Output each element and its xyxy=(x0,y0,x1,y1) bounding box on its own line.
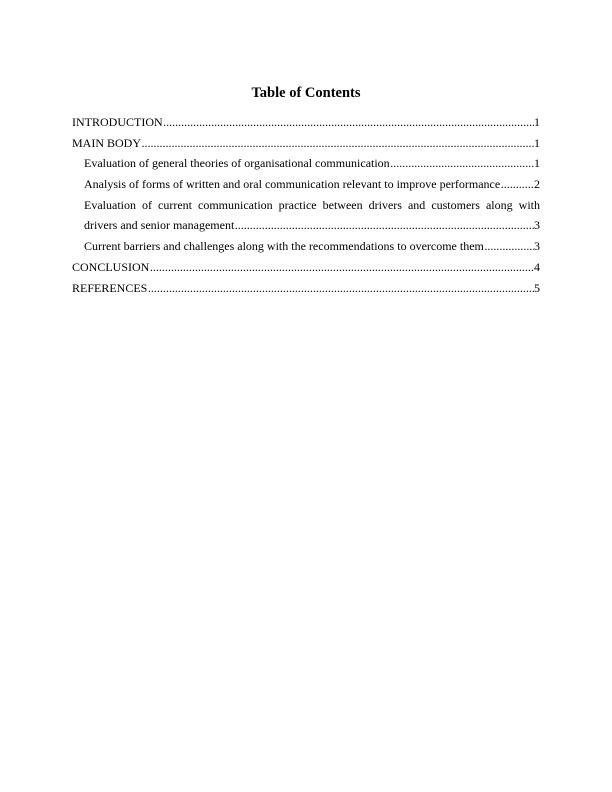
toc-entry-main-body[interactable]: MAIN BODY 1 xyxy=(72,133,540,154)
toc-entry-barriers-challenges[interactable]: Current barriers and challenges along wi… xyxy=(72,236,540,257)
toc-page-number: 4 xyxy=(534,257,540,278)
toc-entry-text: Evaluation of general theories of organi… xyxy=(84,153,390,174)
toc-entry-text: Analysis of forms of written and oral co… xyxy=(84,174,500,195)
toc-leader-dots xyxy=(148,278,534,299)
toc-entry-text: Current barriers and challenges along wi… xyxy=(84,236,484,257)
toc-leader-dots xyxy=(501,174,534,195)
document-page: Table of Contents INTRODUCTION 1 MAIN BO… xyxy=(0,0,612,792)
toc-leader-dots xyxy=(235,215,534,236)
toc-page-number: 2 xyxy=(534,174,540,195)
toc-entry-general-theories[interactable]: Evaluation of general theories of organi… xyxy=(72,153,540,174)
toc-entry-text: CONCLUSION xyxy=(72,257,149,278)
toc-page-number: 3 xyxy=(534,236,540,257)
toc-leader-dots xyxy=(484,236,533,257)
table-of-contents: INTRODUCTION 1 MAIN BODY 1 Evaluation of… xyxy=(72,112,540,298)
toc-entry-current-practice[interactable]: Evaluation of current communication prac… xyxy=(72,195,540,236)
toc-entry-conclusion[interactable]: CONCLUSION 4 xyxy=(72,257,540,278)
toc-entry-text: MAIN BODY xyxy=(72,133,141,154)
toc-entry-text-line1: Evaluation of current communication prac… xyxy=(84,195,540,216)
toc-leader-dots xyxy=(150,257,534,278)
toc-page-number: 1 xyxy=(534,133,540,154)
toc-title: Table of Contents xyxy=(0,84,612,102)
toc-entry-introduction[interactable]: INTRODUCTION 1 xyxy=(72,112,540,133)
toc-leader-dots xyxy=(142,133,534,154)
toc-entry-references[interactable]: REFERENCES 5 xyxy=(72,278,540,299)
toc-leader-dots xyxy=(390,153,533,174)
toc-page-number: 1 xyxy=(534,112,540,133)
toc-page-number: 5 xyxy=(534,278,540,299)
toc-entry-text: REFERENCES xyxy=(72,278,147,299)
toc-page-number: 3 xyxy=(534,215,540,236)
toc-entry-text-line2: drivers and senior management xyxy=(84,215,234,236)
toc-entry-text: INTRODUCTION xyxy=(72,112,163,133)
toc-page-number: 1 xyxy=(534,153,540,174)
toc-leader-dots xyxy=(163,112,533,133)
toc-entry-forms-of-communication[interactable]: Analysis of forms of written and oral co… xyxy=(72,174,540,195)
